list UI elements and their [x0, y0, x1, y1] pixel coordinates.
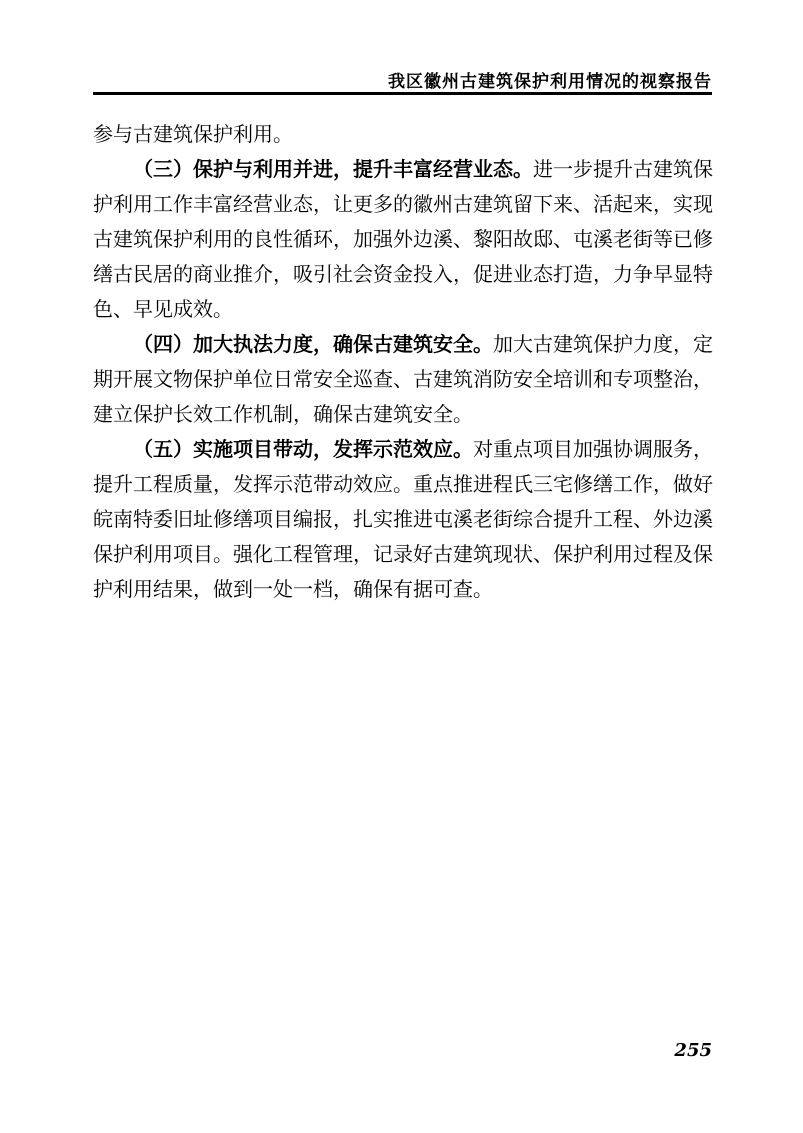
paragraph-heading: （五）实施项目带动，发挥示范效应。 [133, 439, 473, 461]
paragraph: 参与古建筑保护利用。 [93, 118, 713, 153]
paragraph-heading: （四）加大执法力度，确保古建筑安全。 [133, 334, 493, 356]
paragraph: （三）保护与利用并进，提升丰富经营业态。进一步提升古建筑保护利用工作丰富经营业态… [93, 153, 713, 328]
document-page: 我区徽州古建筑保护利用情况的视察报告 参与古建筑保护利用。（三）保护与利用并进，… [0, 0, 803, 1133]
body-text: 参与古建筑保护利用。（三）保护与利用并进，提升丰富经营业态。进一步提升古建筑保护… [93, 118, 713, 608]
paragraph-text: 对重点项目加强协调服务，提升工程质量，发挥示范带动效应。重点推进程氏三宅修缮工作… [93, 439, 713, 601]
running-header-title: 我区徽州古建筑保护利用情况的视察报告 [93, 67, 712, 92]
header-rule [93, 92, 712, 95]
page-number: 255 [93, 1040, 712, 1061]
paragraph: （五）实施项目带动，发挥示范效应。对重点项目加强协调服务，提升工程质量，发挥示范… [93, 433, 713, 608]
paragraph-text: 进一步提升古建筑保护利用工作丰富经营业态，让更多的徽州古建筑留下来、活起来，实现… [93, 159, 713, 321]
paragraph-heading: （三）保护与利用并进，提升丰富经营业态。 [133, 159, 533, 181]
paragraph-text: 参与古建筑保护利用。 [93, 124, 293, 146]
paragraph: （四）加大执法力度，确保古建筑安全。加大古建筑保护力度，定期开展文物保护单位日常… [93, 328, 713, 433]
